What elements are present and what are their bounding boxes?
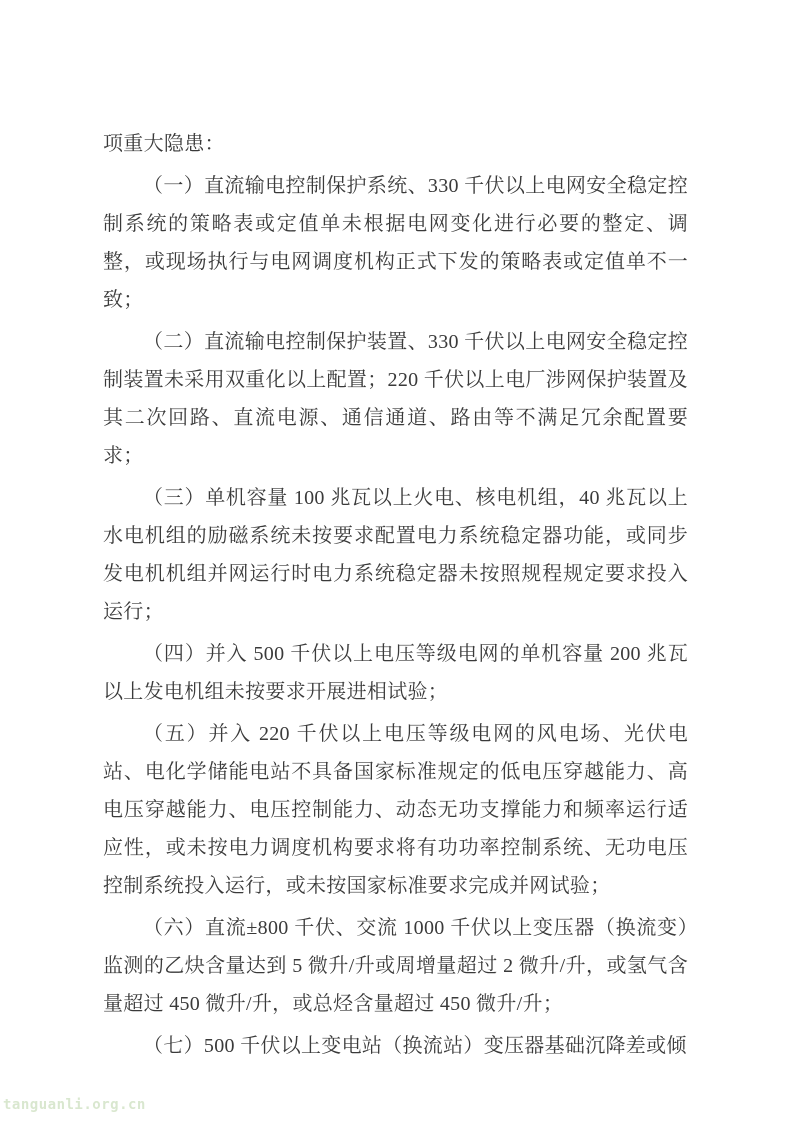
continuation-text: 项重大隐患：: [103, 133, 225, 155]
clause-number: （六）: [143, 917, 205, 939]
clause-text: 并入 220 千伏以上电压等级电网的风电场、光伏电站、电化学储能电站不具备国家标…: [103, 723, 688, 897]
site-watermark: tanguanli.org.cn: [3, 1097, 146, 1113]
paragraph-clause-6: （六）直流±800 千伏、交流 1000 千伏以上变压器（换流变）监测的乙炔含量…: [103, 909, 688, 1023]
clause-number: （四）: [143, 643, 206, 665]
clause-number: （三）: [143, 487, 205, 509]
clause-number: （五）: [143, 723, 208, 745]
clause-number: （一）: [143, 175, 204, 197]
clause-number: （七）: [143, 1035, 204, 1057]
paragraph-clause-1: （一）直流输电控制保护系统、330 千伏以上电网安全稳定控制系统的策略表或定值单…: [103, 167, 688, 319]
document-body: 项重大隐患： （一）直流输电控制保护系统、330 千伏以上电网安全稳定控制系统的…: [103, 125, 688, 1069]
document-page: 项重大隐患： （一）直流输电控制保护系统、330 千伏以上电网安全稳定控制系统的…: [0, 0, 794, 1123]
paragraph-clause-3: （三）单机容量 100 兆瓦以上火电、核电机组，40 兆瓦以上水电机组的励磁系统…: [103, 479, 688, 631]
paragraph-continuation: 项重大隐患：: [103, 125, 688, 163]
paragraph-clause-4: （四）并入 500 千伏以上电压等级电网的单机容量 200 兆瓦以上发电机组未按…: [103, 635, 688, 711]
paragraph-clause-5: （五）并入 220 千伏以上电压等级电网的风电场、光伏电站、电化学储能电站不具备…: [103, 715, 688, 905]
clause-number: （二）: [143, 331, 204, 353]
clause-text: 500 千伏以上变电站（换流站）变压器基础沉降差或倾: [204, 1035, 687, 1057]
paragraph-clause-7: （七）500 千伏以上变电站（换流站）变压器基础沉降差或倾: [103, 1027, 688, 1065]
paragraph-clause-2: （二）直流输电控制保护装置、330 千伏以上电网安全稳定控制装置未采用双重化以上…: [103, 323, 688, 475]
